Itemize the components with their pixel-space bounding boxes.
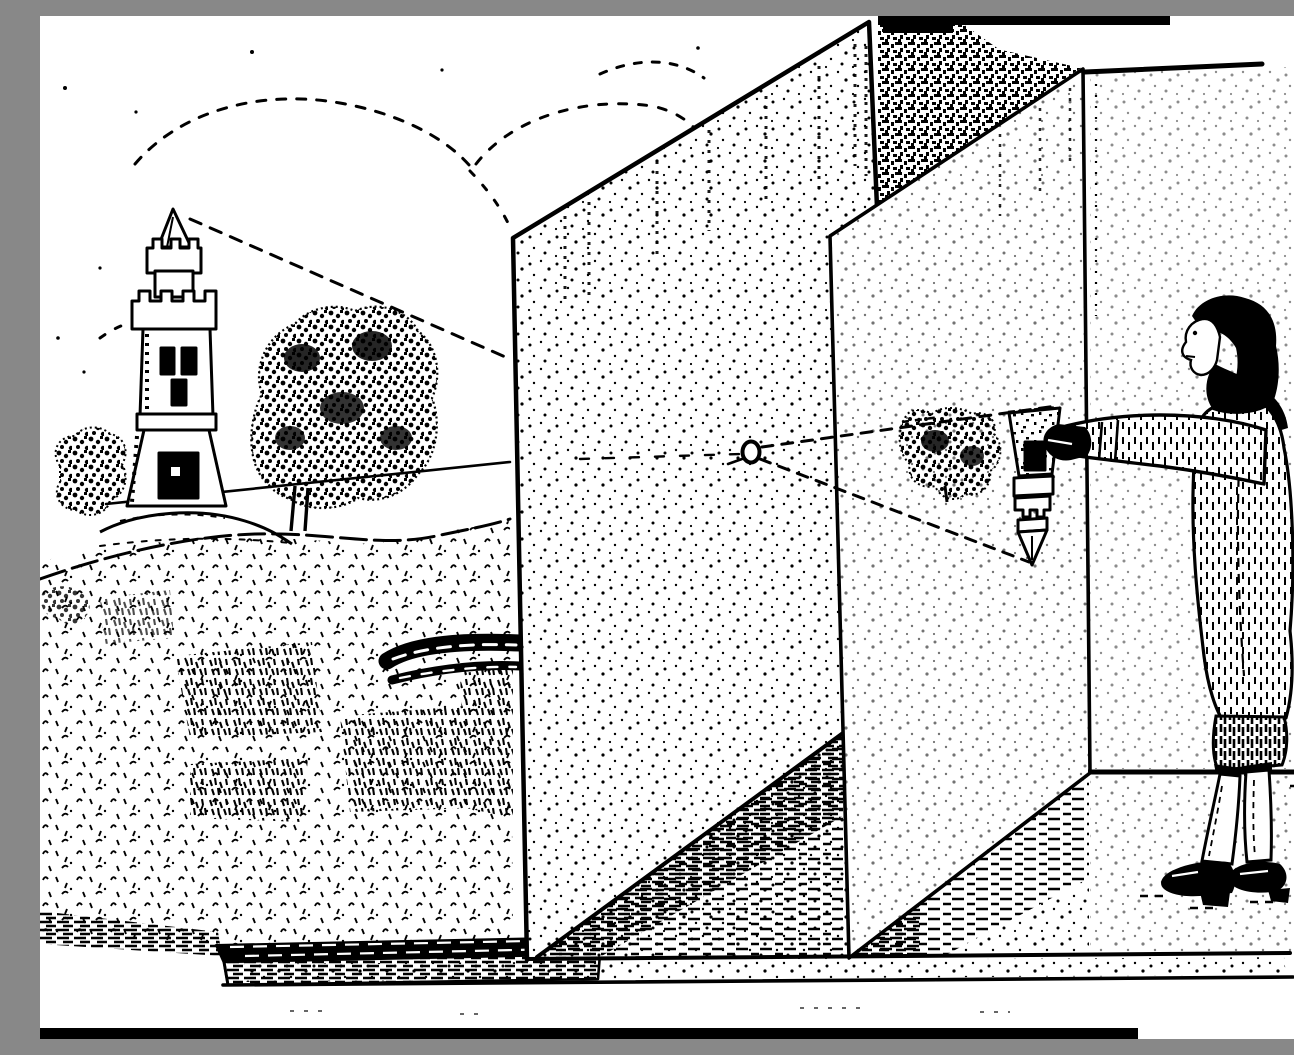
engraving-camera-obscura: Camera obscura: [40, 16, 1294, 1039]
meadow: [40, 521, 513, 956]
